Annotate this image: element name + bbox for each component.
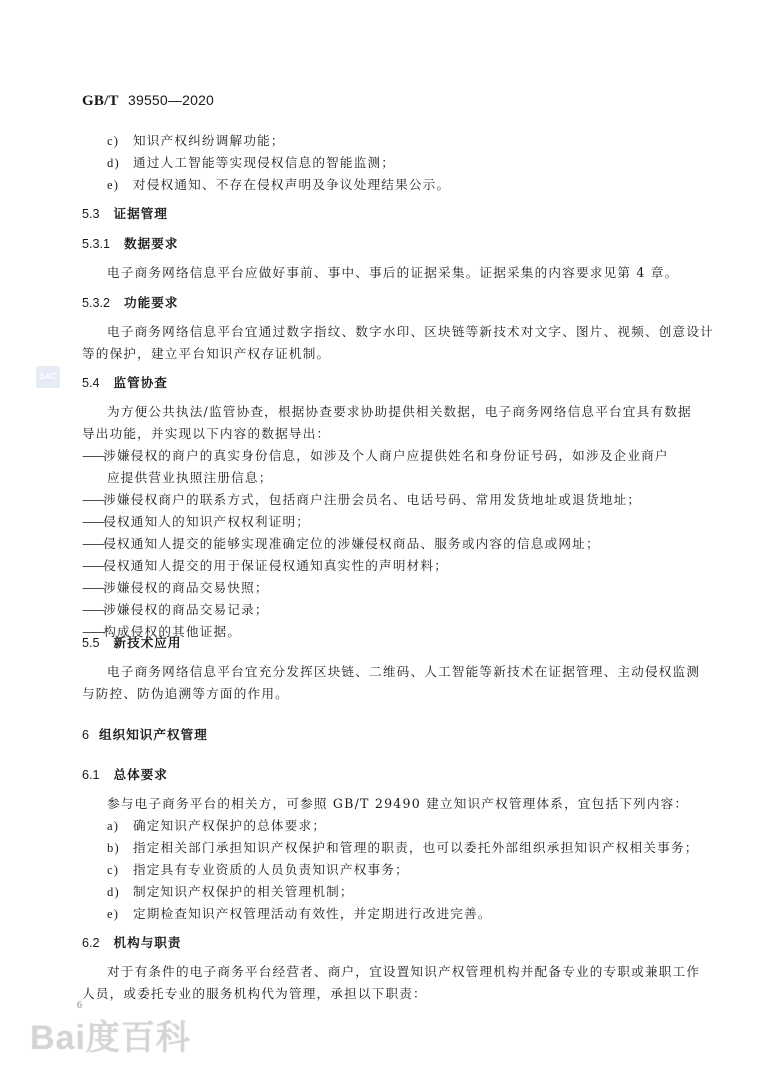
standard-number: 39550—2020 — [128, 92, 214, 108]
list-item: a)确定知识产权保护的总体要求； — [107, 815, 326, 834]
dash-list-item: ——涉嫌侵权的商户的真实身份信息，如涉及个人商户应提供姓名和身份证号码，如涉及企… — [82, 445, 669, 464]
list-item: c)指定具有专业资质的人员负责知识产权事务； — [107, 859, 409, 878]
section-heading-5-5: 5.5新技术应用 — [82, 632, 181, 651]
list-item: e)对侵权通知、不存在侵权声明及争议处理结果公示。 — [107, 174, 450, 193]
paragraph-line: 电子商务网络信息平台宜通过数字指纹、数字水印、区块链等新技术对文字、图片、视频、… — [107, 321, 714, 340]
section-heading-6-1: 6.1总体要求 — [82, 764, 168, 783]
dash-list-item: ——涉嫌侵权商户的联系方式，包括商户注册会员名、电话号码、常用发货地址或退货地址… — [82, 489, 641, 508]
dash-list-item-cont: 应提供营业执照注册信息； — [107, 467, 273, 486]
list-item: d)通过人工智能等实现侵权信息的智能监测； — [107, 152, 395, 171]
baidu-baike-watermark: Bai度百科 — [30, 1010, 191, 1059]
paragraph-line: 导出功能，并实现以下内容的数据导出： — [82, 423, 330, 442]
section-heading-6-2: 6.2机构与职责 — [82, 932, 181, 951]
list-item: c)知识产权纠纷调解功能； — [107, 130, 285, 149]
paragraph-line: 对于有条件的电子商务平台经营者、商户，宜设置知识产权管理机构并配备专业的专职或兼… — [107, 961, 700, 980]
section-heading-5-4: 5.4监管协查 — [82, 372, 168, 391]
dash-list-item: ——侵权通知人提交的用于保证侵权通知真实性的声明材料； — [82, 555, 448, 574]
paragraph: 参与电子商务平台的相关方，可参照 GB/T 29490 建立知识产权管理体系，宜… — [107, 793, 688, 812]
standard-header: GB/T 39550—2020 — [82, 92, 214, 110]
sac-logo: SAC — [36, 366, 60, 388]
dash-list-item: ——涉嫌侵权的商品交易记录； — [82, 599, 269, 618]
em-dash: —— — [82, 448, 103, 463]
paragraph-line: 等的保护，建立平台知识产权存证机制。 — [82, 343, 330, 362]
paragraph-line: 人员，或委托专业的服务机构代为管理，承担以下职责： — [82, 983, 427, 1002]
standard-prefix: GB/T — [82, 93, 119, 109]
list-item: b)指定相关部门承担知识产权保护和管理的职责，也可以委托外部组织承担知识产权相关… — [107, 837, 699, 856]
section-heading-5-3-1: 5.3.1数据要求 — [82, 233, 178, 252]
dash-list-item: ——侵权通知人提交的能够实现准确定位的涉嫌侵权商品、服务或内容的信息或网址； — [82, 533, 600, 552]
section-heading-6: 6组织知识产权管理 — [82, 724, 208, 743]
paragraph: 电子商务网络信息平台应做好事前、事中、事后的证据采集。证据采集的内容要求见第 4… — [107, 262, 678, 281]
paragraph-line: 为方便公共执法/监管协查，根据协查要求协助提供相关数据，电子商务网络信息平台宜具… — [107, 401, 692, 420]
section-heading-5-3-2: 5.3.2功能要求 — [82, 292, 178, 311]
dash-list-item: ——侵权通知人的知识产权权利证明； — [82, 511, 310, 530]
paragraph-line: 电子商务网络信息平台宜充分发挥区块链、二维码、人工智能等新技术在证据管理、主动侵… — [107, 661, 700, 680]
list-item: e)定期检查知识产权管理活动有效性，并定期进行改进完善。 — [107, 903, 492, 922]
paragraph-line: 与防控、防伪追溯等方面的作用。 — [82, 683, 289, 702]
section-heading-5-3: 5.3证据管理 — [82, 203, 168, 222]
dash-list-item: ——涉嫌侵权的商品交易快照； — [82, 577, 269, 596]
list-item: d)制定知识产权保护的相关管理机制； — [107, 881, 354, 900]
